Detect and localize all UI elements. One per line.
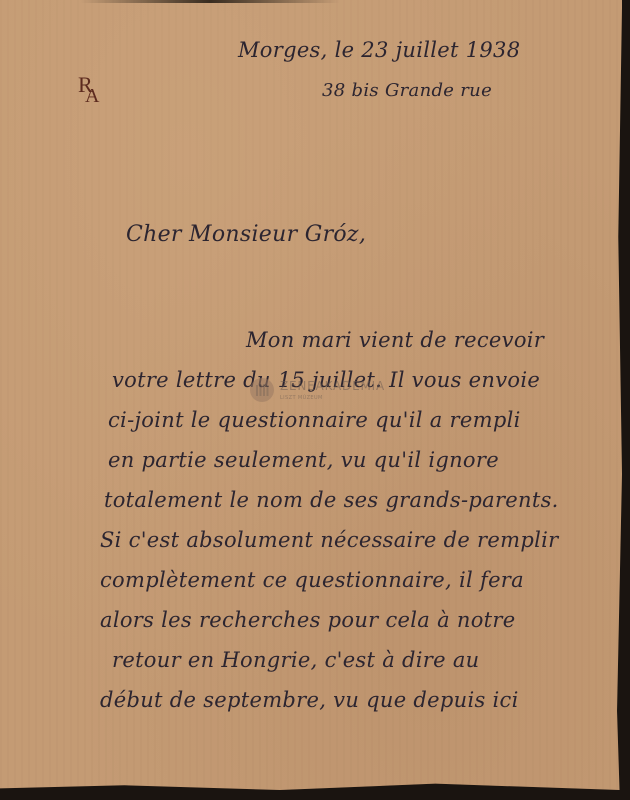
letter-page: R A Morges, le 23 juillet 1938 38 bis Gr… <box>0 0 622 790</box>
body-line: complètement ce questionnaire, il fera <box>100 568 524 592</box>
monogram-letter-a: A <box>85 86 99 106</box>
place-date: Morges, le 23 juillet 1938 <box>238 38 520 62</box>
organ-pipes-logo-icon <box>250 378 274 402</box>
body-line: Mon mari vient de recevoir <box>246 328 544 352</box>
body-line: début de septembre, vu que depuis ici <box>100 688 519 712</box>
body-line: en partie seulement, vu qu'il ignore <box>108 448 499 472</box>
scan-edge-shadow <box>80 0 340 3</box>
watermark: ZENEAKADÉMIA LISZT MÚZEUM <box>250 378 385 402</box>
salutation: Cher Monsieur Gróz, <box>126 222 366 247</box>
body-line: Si c'est absolument nécessaire de rempli… <box>100 528 558 552</box>
body-line: alors les recherches pour cela à notre <box>100 608 515 632</box>
body-line: ci-joint le questionnaire qu'il a rempli <box>108 408 521 432</box>
body-line: retour en Hongrie, c'est à dire au <box>112 648 479 672</box>
monogram: R A <box>78 74 106 110</box>
watermark-sub-text: LISZT MÚZEUM <box>280 396 385 401</box>
address: 38 bis Grande rue <box>322 80 492 101</box>
watermark-main-text: ZENEAKADÉMIA <box>280 380 385 392</box>
body-line: totalement le nom de ses grands-parents. <box>104 488 559 512</box>
